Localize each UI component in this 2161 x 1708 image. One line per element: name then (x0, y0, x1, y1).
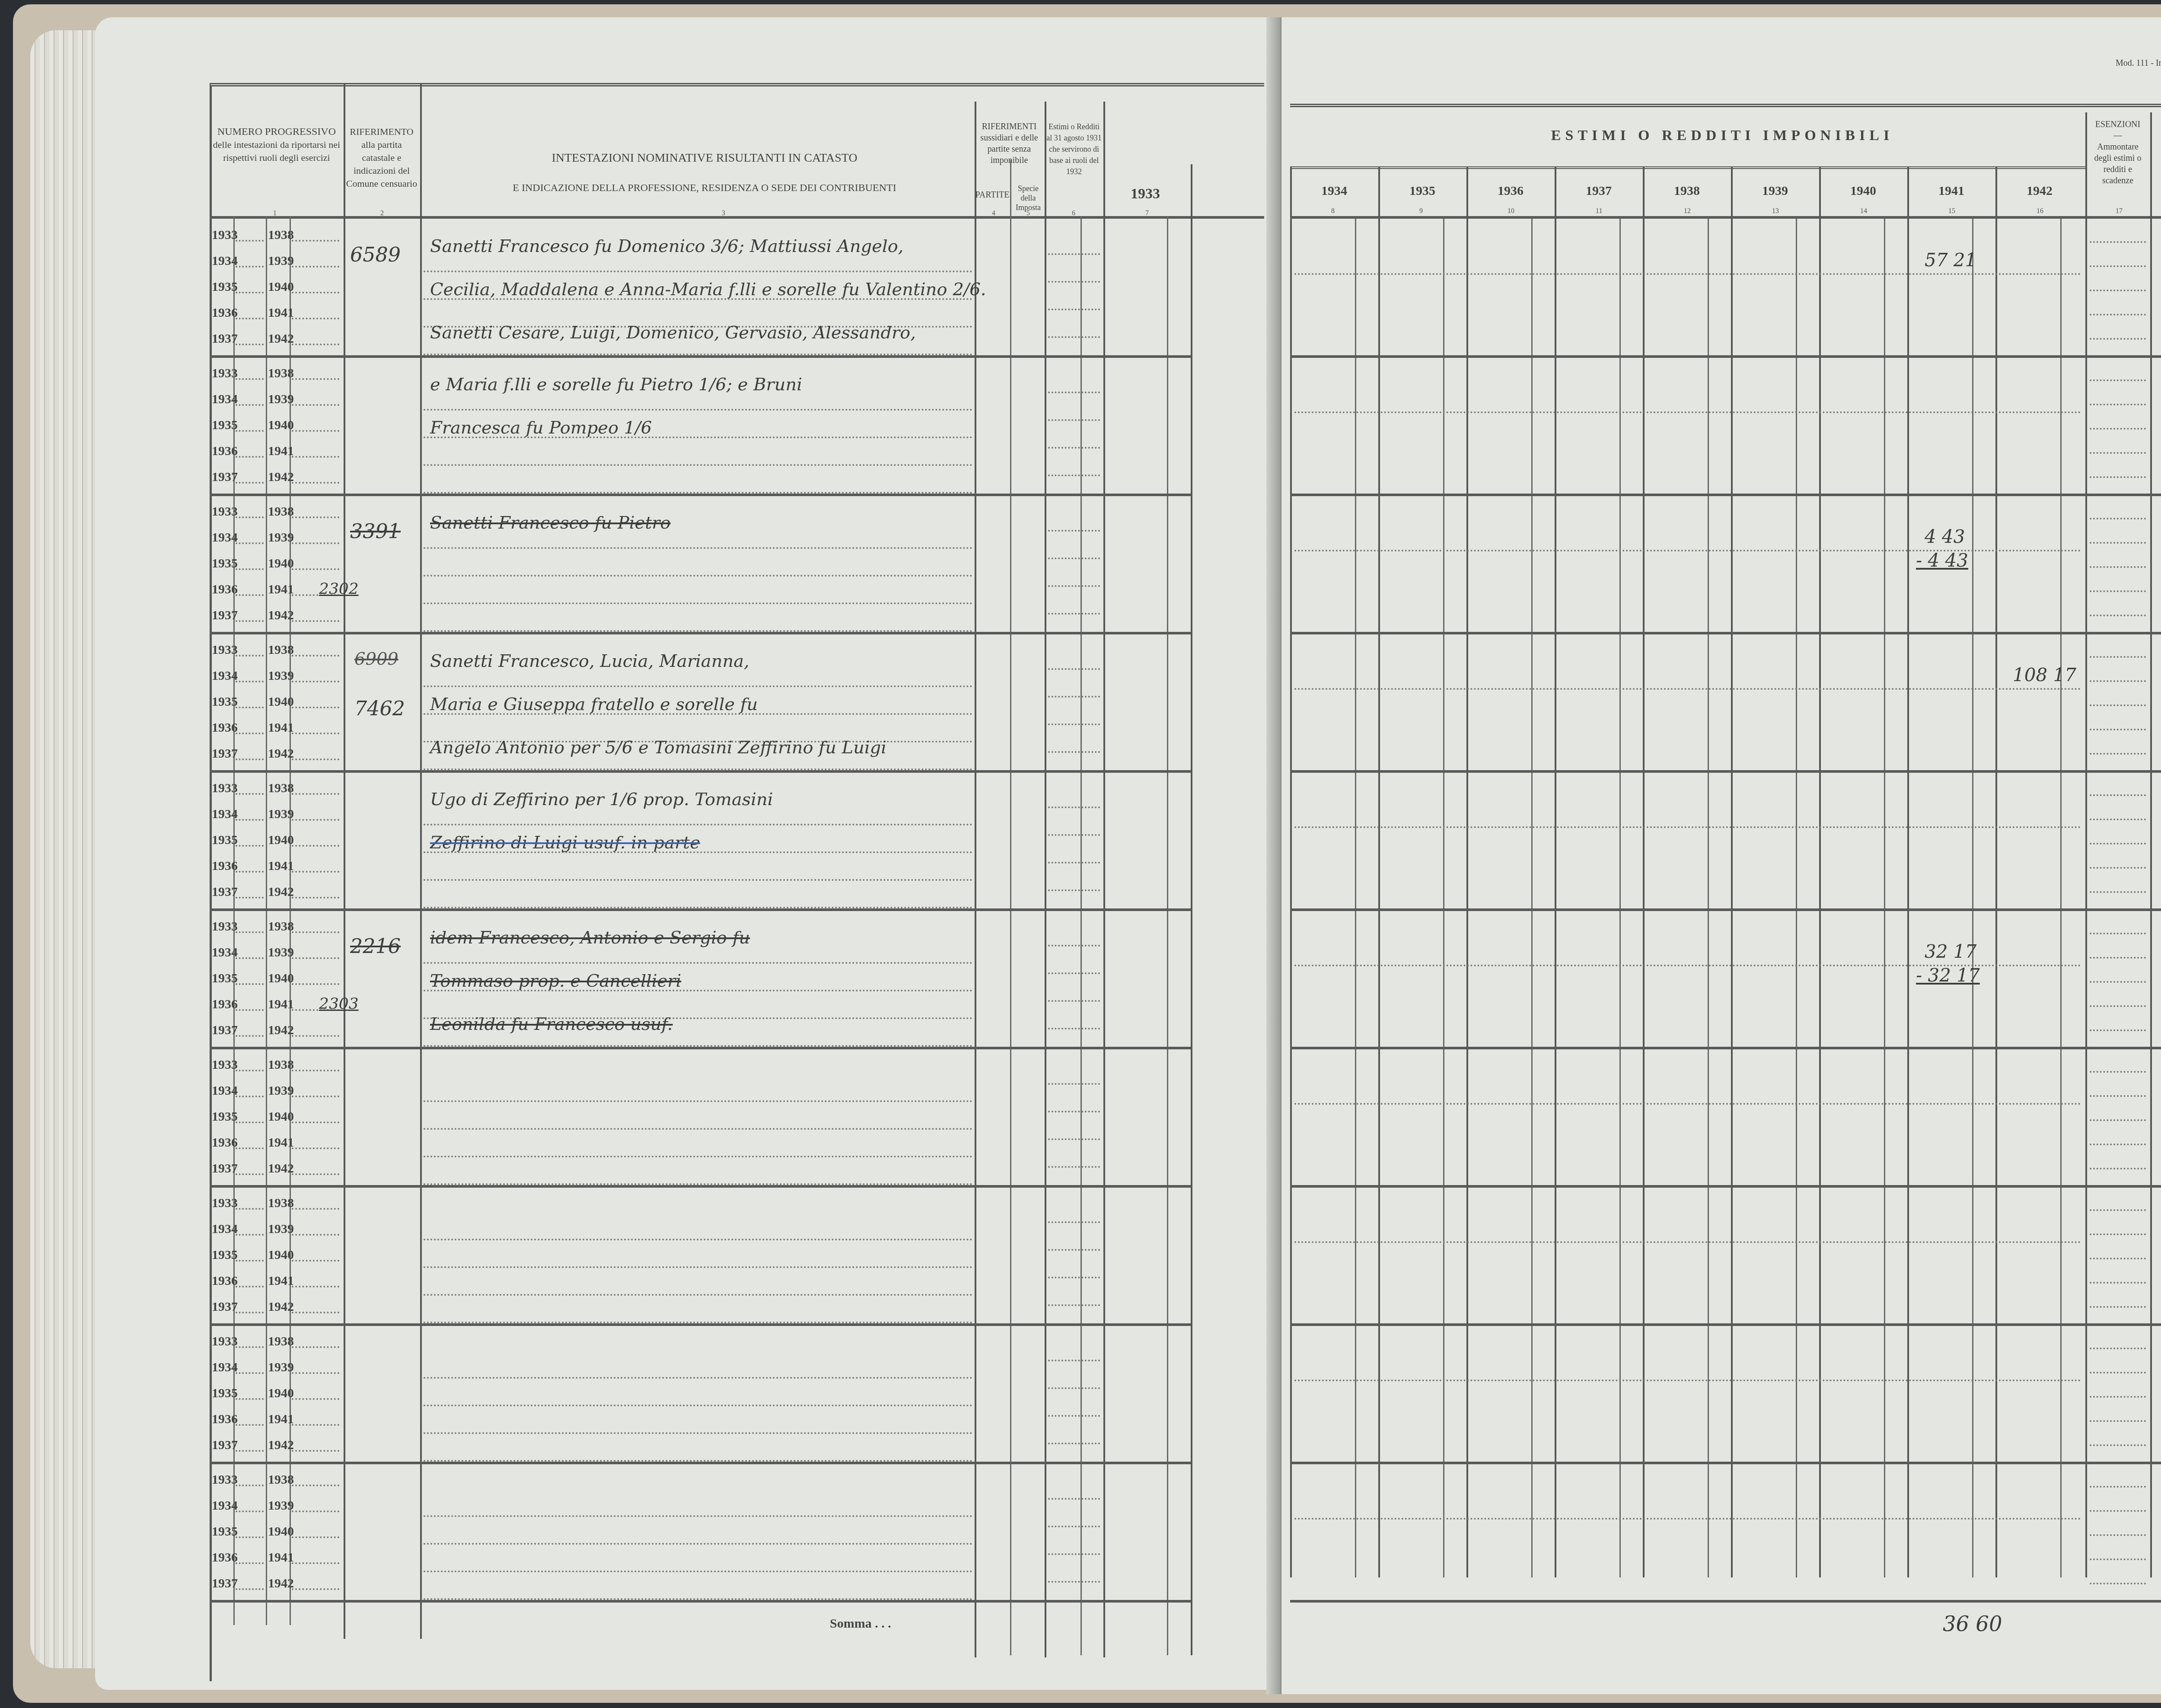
writing-line (424, 1543, 972, 1545)
header-col2-sub: alla partita catastale e indicazioni del… (345, 138, 418, 190)
year-dots (236, 1173, 264, 1175)
header-col3-title: INTESTAZIONI NOMINATIVE RISULTANTI IN CA… (428, 151, 981, 165)
year-label: 1938 (268, 228, 294, 242)
year-label: 1935 (212, 971, 238, 986)
year-label: 1938 (268, 1196, 294, 1211)
esenzioni-line (2090, 794, 2146, 796)
year-label: 1936 (212, 1135, 238, 1150)
entry-line: Zeffirino di Luigi usuf. in parte (430, 833, 700, 853)
year-dots (292, 1398, 339, 1400)
esenzioni-line (2090, 1095, 2146, 1097)
year-label: 1942 (268, 331, 294, 346)
year-label: 1933 (212, 1196, 238, 1211)
esenzioni-line (2090, 1486, 2146, 1488)
year-dots (292, 1536, 339, 1538)
year-label: 1941 (268, 444, 294, 459)
year-label: 1938 (268, 643, 294, 657)
year-dots (292, 1346, 339, 1348)
year-dots (236, 240, 264, 242)
header-specie: Specie della Imposta (1011, 184, 1045, 212)
year-dots (292, 1035, 339, 1037)
writing-line (1048, 751, 1100, 753)
year-label: 1936 (212, 997, 238, 1012)
year-dots (236, 1424, 264, 1426)
year-dots (292, 819, 339, 821)
value-line (1294, 1241, 2081, 1243)
entry-separator (210, 632, 1191, 634)
year-dots (236, 758, 264, 760)
year-dots (292, 1070, 339, 1071)
year-label: 1935 (212, 695, 238, 709)
col-divider (1995, 166, 1997, 1577)
year-label: 1942 (268, 470, 294, 484)
year-dots (292, 655, 339, 656)
col-num: 16 (2037, 207, 2043, 215)
year-label: 1940 (268, 280, 294, 294)
col-num: 12 (1684, 207, 1691, 215)
year-dots (236, 1536, 264, 1538)
writing-line (1048, 336, 1100, 338)
esenzioni-line (2090, 957, 2146, 959)
year-label: 1934 (212, 1360, 238, 1375)
year-dots (236, 404, 264, 406)
entry-separator (210, 1462, 1191, 1464)
writing-line (424, 1239, 972, 1240)
year-label: 1933 (212, 1472, 238, 1487)
esenzioni-line (2090, 867, 2146, 869)
entry-separator (210, 908, 1191, 911)
entry-line: Sanetti Cesare, Luigi, Domenico, Gervasi… (430, 323, 916, 343)
year-dots (292, 344, 339, 345)
cents-divider (1972, 216, 1973, 1577)
esenzioni-line (2090, 1029, 2146, 1031)
col-divider (1907, 166, 1909, 1577)
year-label: 1937 (212, 608, 238, 623)
writing-line (424, 1156, 972, 1157)
year-label: 1942 (268, 1023, 294, 1038)
year-dots (236, 983, 264, 985)
partita-number: 7462 (354, 697, 405, 720)
year-label: 1934 (212, 254, 238, 268)
entry-separator (1290, 494, 2161, 496)
entry-line: idem Francesco, Antonio e Sergio fu (430, 928, 750, 948)
esenzioni-line (2090, 476, 2146, 478)
writing-line (1048, 1498, 1100, 1500)
entry-separator (1290, 355, 2161, 358)
year-dots (236, 1035, 264, 1037)
writing-line (1048, 1526, 1100, 1527)
writing-line (1048, 1553, 1100, 1555)
income-value: 32 17 (1925, 941, 1976, 962)
writing-line (1048, 1221, 1100, 1223)
year-header: 1935 (1378, 184, 1466, 198)
year-label: 1938 (268, 1058, 294, 1072)
year-dots (236, 1070, 264, 1071)
year-label: 1936 (212, 1412, 238, 1427)
year-dots (292, 931, 339, 933)
year-label: 1942 (268, 885, 294, 899)
esenzioni-line (2090, 753, 2146, 755)
year-label: 1937 (212, 1438, 238, 1453)
year-dots (236, 266, 264, 268)
esenzioni-line (2090, 338, 2146, 340)
cents-divider (1355, 216, 1356, 1577)
header-col1: NUMERO PROGRESSIVO delle intestazioni da… (212, 125, 341, 164)
value-line (1294, 688, 2081, 690)
esenzioni-title: ESENZIONI (2088, 119, 2148, 130)
somma-value: 36 60 (1943, 1612, 2002, 1636)
esenzioni-line (2090, 428, 2146, 430)
col-divider (1290, 166, 1292, 1577)
year-dots (292, 404, 339, 406)
year-dots (236, 620, 264, 622)
writing-line (1048, 1443, 1100, 1444)
entry-separator (210, 770, 1191, 773)
year-label: 1940 (268, 971, 294, 986)
year-label: 1942 (268, 746, 294, 761)
left-page: NUMERO PROGRESSIVO delle intestazioni da… (95, 17, 1279, 1690)
writing-line (424, 1266, 972, 1268)
year-dots (236, 733, 264, 734)
year-dots (292, 318, 339, 319)
header-esenzioni: ESENZIONI — Ammontare degli estimi o red… (2088, 119, 2148, 186)
year-dots (236, 655, 264, 656)
year-label: 1939 (268, 530, 294, 545)
year-dots (292, 1510, 339, 1512)
entry-line: Angelo Antonio per 5/6 e Tomasini Zeffir… (430, 738, 886, 758)
writing-line (424, 1100, 972, 1102)
year-dots (292, 1260, 339, 1262)
writing-line (424, 962, 972, 964)
writing-line (424, 879, 972, 881)
col-divider (1045, 102, 1046, 1657)
entry-line: Francesca fu Pompeo 1/6 (430, 418, 652, 438)
header-annotazioni: ANNOTAZIONI (2159, 147, 2161, 160)
income-value-deduction: - 4 43 (1916, 550, 1968, 571)
esenzioni-line (2090, 1282, 2146, 1284)
writing-line (424, 1294, 972, 1296)
year-label: 1940 (268, 1109, 294, 1124)
esenzioni-line (2090, 1396, 2146, 1398)
writing-line (424, 1045, 972, 1047)
income-value-deduction: - 32 17 (1916, 965, 1980, 986)
year-dots (236, 516, 264, 518)
entry-separator (210, 1047, 1191, 1049)
esenzioni-line (2090, 1534, 2146, 1536)
entry-line: Sanetti Francesco fu Domenico 3/6; Matti… (430, 236, 904, 256)
year-label: 1933 (212, 228, 238, 242)
year-header: 1934 (1290, 184, 1378, 198)
year-label: 1937 (212, 331, 238, 346)
writing-line (424, 409, 972, 411)
value-line (1294, 826, 2081, 828)
year-dots (236, 845, 264, 847)
year-label: 1933 (212, 504, 238, 519)
writing-line (1048, 1000, 1100, 1002)
entry-separator (1290, 1600, 2161, 1603)
year-label: 1939 (268, 1360, 294, 1375)
entry-line: Maria e Giuseppa fratello e sorelle fu (430, 695, 758, 714)
year-label: 1933 (212, 781, 238, 796)
header-col3-sub: E INDICAZIONE DELLA PROFESSIONE, RESIDEN… (428, 182, 981, 194)
writing-line (1048, 253, 1100, 255)
value-line (1294, 1518, 2081, 1520)
year-header: 1936 (1466, 184, 1555, 198)
col-divider (1080, 216, 1082, 1655)
esenzioni-line (2090, 1348, 2146, 1349)
year-label: 1941 (268, 1274, 294, 1288)
year-dots (292, 456, 339, 458)
year-label: 1938 (268, 1472, 294, 1487)
col-divider (1103, 102, 1105, 1657)
year-label: 1941 (268, 1135, 294, 1150)
year-header: 1939 (1731, 184, 1819, 198)
esenzioni-line (2090, 290, 2146, 291)
writing-line (1048, 475, 1100, 476)
year-label: 1939 (268, 392, 294, 407)
writing-line (1048, 392, 1100, 393)
esenzioni-line (2090, 680, 2146, 682)
year-dots (236, 344, 264, 345)
cents-divider (1619, 216, 1621, 1577)
esenzioni-line (2090, 1168, 2146, 1169)
entry-separator (1290, 1323, 2161, 1326)
writing-line (424, 1377, 972, 1379)
writing-line (424, 271, 972, 272)
year-dots (292, 1208, 339, 1210)
esenzioni-line (2090, 843, 2146, 844)
header-1933: 1933 (1106, 186, 1184, 202)
somma-label: Somma . . . (830, 1616, 891, 1631)
year-dots (236, 1510, 264, 1512)
year-dots (292, 1096, 339, 1097)
year-label: 1936 (212, 859, 238, 873)
year-dots (236, 1372, 264, 1374)
esenzioni-line (2090, 819, 2146, 820)
col-num: 10 (1508, 207, 1514, 215)
year-dots (236, 1312, 264, 1313)
year-label: 1940 (268, 1524, 294, 1539)
col-num: 11 (1596, 207, 1602, 215)
writing-line (424, 1183, 972, 1185)
esenzioni-line (2090, 933, 2146, 934)
year-dots (292, 292, 339, 293)
cents-divider (1443, 216, 1444, 1577)
entry-separator (210, 355, 1191, 358)
year-dots (292, 542, 339, 544)
col-divider (2150, 112, 2152, 1577)
partita-number: 6589 (350, 243, 401, 266)
year-dots (236, 292, 264, 293)
year-dots (292, 707, 339, 708)
entry-separator (1290, 1047, 2161, 1049)
year-dots (292, 1424, 339, 1426)
value-line (1294, 1103, 2081, 1105)
year-header: 1941 (1907, 184, 1995, 198)
writing-line (424, 464, 972, 466)
header-col2-title: RIFERIMENTO (345, 125, 418, 138)
year-dots (236, 871, 264, 873)
year-dots (292, 1450, 339, 1452)
col-num: 8 (1331, 207, 1335, 215)
year-label: 1938 (268, 504, 294, 519)
year-dots (236, 568, 264, 570)
esenzioni-line (2090, 241, 2146, 243)
entry-separator (1290, 632, 2161, 634)
writing-line (1048, 530, 1100, 532)
col-divider (2085, 112, 2087, 1577)
partita-number: 3391 (350, 519, 401, 543)
year-label: 1939 (268, 807, 294, 822)
writing-line (1048, 1138, 1100, 1140)
year-label: 1937 (212, 746, 238, 761)
year-dots (292, 983, 339, 985)
year-label: 1939 (268, 1222, 294, 1236)
year-dots (292, 430, 339, 432)
writing-line (424, 630, 972, 632)
esenzioni-line (2090, 1233, 2146, 1235)
year-label: 1934 (212, 1222, 238, 1236)
year-label: 1940 (268, 418, 294, 433)
year-dots (292, 240, 339, 242)
col-divider (1731, 166, 1733, 1577)
writing-line (1048, 1166, 1100, 1168)
ref-number: 2303 (319, 995, 359, 1013)
entry-line: Sanetti Francesco fu Pietro (430, 513, 671, 533)
year-dots (292, 793, 339, 795)
year-dots (236, 1208, 264, 1210)
year-dots (236, 793, 264, 795)
header-col3: INTESTAZIONI NOMINATIVE RISULTANTI IN CA… (428, 151, 981, 194)
year-dots (236, 318, 264, 319)
year-label: 1941 (268, 859, 294, 873)
esenzioni-line (2090, 404, 2146, 405)
year-label: 1940 (268, 1386, 294, 1401)
esenzioni-line (2090, 981, 2146, 983)
year-label: 1939 (268, 669, 294, 683)
esenzioni-line (2090, 1071, 2146, 1073)
year-dots (236, 1147, 264, 1149)
writing-line (424, 1515, 972, 1517)
value-line (1294, 411, 2081, 413)
year-label: 1933 (212, 1058, 238, 1072)
year-dots (236, 594, 264, 596)
partita-number: 2216 (350, 934, 401, 958)
year-label: 1933 (212, 1334, 238, 1349)
year-dots (236, 482, 264, 484)
entry-separator (1290, 1185, 2161, 1188)
ref-number: 2302 (319, 580, 359, 598)
year-label: 1937 (212, 885, 238, 899)
year-label: 1934 (212, 1083, 238, 1098)
writing-line (1048, 419, 1100, 421)
col-divider (1819, 166, 1821, 1577)
writing-line (1048, 1028, 1100, 1029)
esenzioni-line (2090, 891, 2146, 893)
year-dots (236, 707, 264, 708)
year-label: 1935 (212, 280, 238, 294)
col-divider (1010, 160, 1011, 1655)
writing-line (1048, 972, 1100, 974)
year-dots (236, 430, 264, 432)
writing-line (424, 907, 972, 908)
year-dots (292, 1286, 339, 1287)
esenzioni-line (2090, 590, 2146, 592)
year-dots (236, 681, 264, 682)
year-label: 1935 (212, 1386, 238, 1401)
col-divider (420, 83, 422, 1639)
writing-line (424, 492, 972, 494)
writing-line (1048, 1083, 1100, 1085)
year-label: 1941 (268, 306, 294, 320)
year-dots (236, 456, 264, 458)
year-label: 1934 (212, 1498, 238, 1513)
writing-line (1048, 1304, 1100, 1306)
esenzioni-line (2090, 518, 2146, 519)
year-label: 1937 (212, 1576, 238, 1591)
esenzioni-line (2090, 379, 2146, 381)
year-label: 1934 (212, 392, 238, 407)
year-label: 1936 (212, 306, 238, 320)
entry-separator (210, 1600, 1191, 1603)
year-label: 1942 (268, 1161, 294, 1176)
writing-line (1048, 1415, 1100, 1417)
col-divider (975, 102, 976, 1657)
writing-line (1048, 309, 1100, 310)
entry-line: Tommaso prop. e Cancellieri (430, 971, 681, 991)
header-col2: RIFERIMENTO alla partita catastale e ind… (345, 125, 418, 190)
year-label: 1934 (212, 669, 238, 683)
year-dots (292, 516, 339, 518)
entry-line: e Maria f.lli e sorelle fu Pietro 1/6; e… (430, 375, 802, 395)
header-partite: PARTITE (975, 190, 1010, 200)
writing-line (424, 1598, 972, 1600)
year-dots (236, 542, 264, 544)
year-label: 1935 (212, 833, 238, 848)
writing-line (424, 1405, 972, 1406)
partita-old-number: 6909 (354, 649, 398, 669)
year-dots (292, 266, 339, 268)
right-page: Mod. 111 - Imposte Dirette (Intercalare)… (1281, 17, 2161, 1694)
entry-separator (1290, 770, 2161, 773)
entry-separator (1290, 908, 2161, 911)
year-dots (236, 1260, 264, 1262)
writing-line (1048, 834, 1100, 836)
col-num-17: 17 (2116, 207, 2123, 215)
writing-line (1048, 723, 1100, 725)
year-label: 1936 (212, 444, 238, 459)
cents-divider (1796, 216, 1797, 1577)
right-top-rule (1290, 104, 2161, 107)
writing-line (424, 575, 972, 577)
year-header: 1942 (1995, 184, 2084, 198)
cents-divider (1531, 216, 1533, 1577)
cents-divider (1708, 216, 1709, 1577)
writing-line (1048, 696, 1100, 698)
writing-line (1048, 1111, 1100, 1112)
year-label: 1939 (268, 1498, 294, 1513)
year-dots (292, 482, 339, 484)
col-divider (1167, 216, 1168, 1655)
year-dots (236, 931, 264, 933)
year-dots (236, 897, 264, 899)
entry-line: Leonilda fu Francesco usuf. (430, 1014, 673, 1034)
esenzioni-line (2090, 1558, 2146, 1560)
year-label: 1940 (268, 833, 294, 848)
year-dots (292, 1173, 339, 1175)
year-dots (292, 1312, 339, 1313)
writing-line (1048, 447, 1100, 449)
